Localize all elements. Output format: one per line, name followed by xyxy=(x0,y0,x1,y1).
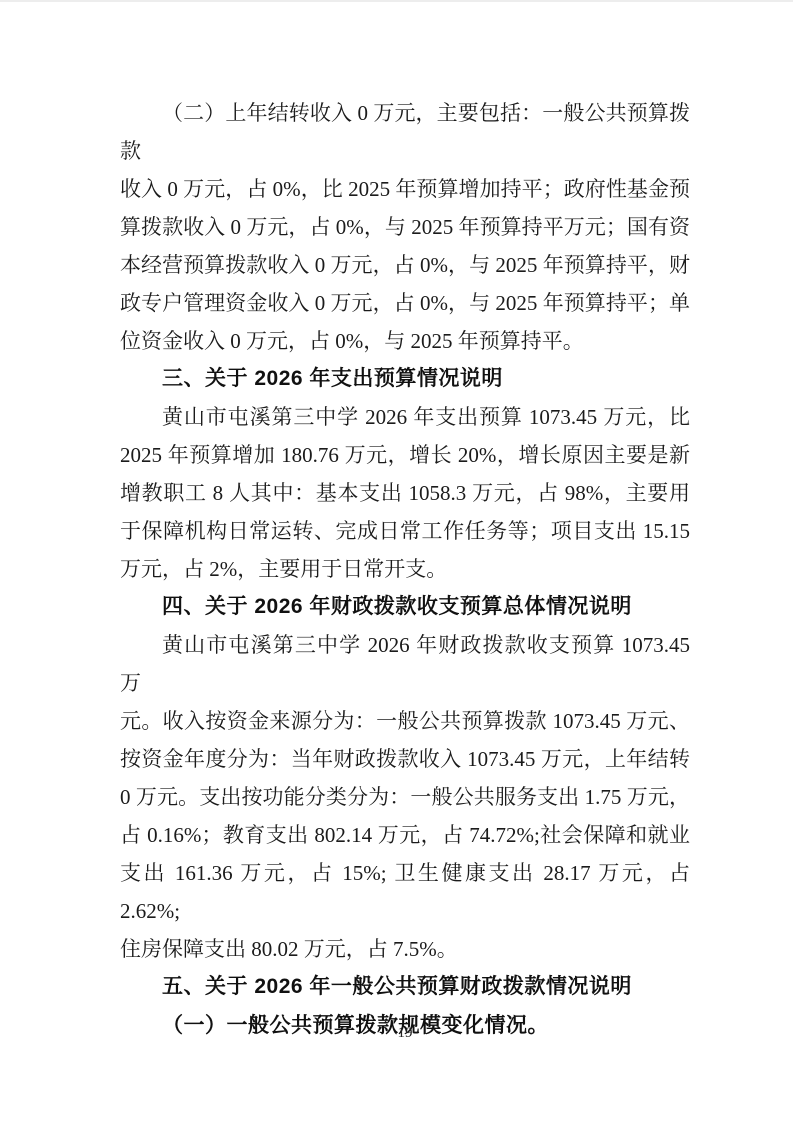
section-heading: 三、关于 2026 年支出预算情况说明 xyxy=(120,360,690,398)
section-heading: 四、关于 2026 年财政拨款收支预算总体情况说明 xyxy=(120,588,690,626)
page-footer: 19 xyxy=(120,1024,690,1042)
text-line: 增教职工 8 人其中：基本支出 1058.3 万元，占 98%，主要用 xyxy=(120,474,690,512)
section-heading: 五、关于 2026 年一般公共预算财政拨款情况说明 xyxy=(120,968,690,1006)
text-line: 位资金收入 0 万元，占 0%，与 2025 年预算持平。 xyxy=(120,322,690,360)
text-line: 万元，占 2%，主要用于日常开支。 xyxy=(120,550,690,588)
text-line: 收入 0 万元，占 0%，比 2025 年预算增加持平；政府性基金预 xyxy=(120,170,690,208)
text-line: 按资金年度分为：当年财政拨款收入 1073.45 万元，上年结转 xyxy=(120,740,690,778)
page-number: 19 xyxy=(398,1025,413,1041)
document-page: （二）上年结转收入 0 万元，主要包括：一般公共预算拨款收入 0 万元，占 0%… xyxy=(0,0,793,1122)
text-line: 黄山市屯溪第三中学 2026 年财政拨款收支预算 1073.45 万 xyxy=(120,626,690,702)
text-line: 住房保障支出 80.02 万元，占 7.5%。 xyxy=(120,930,690,968)
text-line: 黄山市屯溪第三中学 2026 年支出预算 1073.45 万元，比 xyxy=(120,398,690,436)
text-line: 2025 年预算增加 180.76 万元，增长 20%，增长原因主要是新 xyxy=(120,436,690,474)
text-line: 于保障机构日常运转、完成日常工作任务等；项目支出 15.15 xyxy=(120,512,690,550)
text-line: 本经营预算拨款收入 0 万元，占 0%，与 2025 年预算持平，财 xyxy=(120,246,690,284)
text-line: 支出 161.36 万元，占 15%; 卫生健康支出 28.17 万元，占 2.… xyxy=(120,854,690,930)
text-line: 0 万元。支出按功能分类分为：一般公共服务支出 1.75 万元， xyxy=(120,778,690,816)
text-line: 元。收入按资金来源分为：一般公共预算拨款 1073.45 万元、 xyxy=(120,702,690,740)
text-line: （二）上年结转收入 0 万元，主要包括：一般公共预算拨款 xyxy=(120,94,690,170)
text-line: 算拨款收入 0 万元，占 0%，与 2025 年预算持平万元；国有资 xyxy=(120,208,690,246)
text-line: 占 0.16%；教育支出 802.14 万元，占 74.72%;社会保障和就业 xyxy=(120,816,690,854)
document-content: （二）上年结转收入 0 万元，主要包括：一般公共预算拨款收入 0 万元，占 0%… xyxy=(120,94,690,1044)
text-line: 政专户管理资金收入 0 万元，占 0%，与 2025 年预算持平；单 xyxy=(120,284,690,322)
